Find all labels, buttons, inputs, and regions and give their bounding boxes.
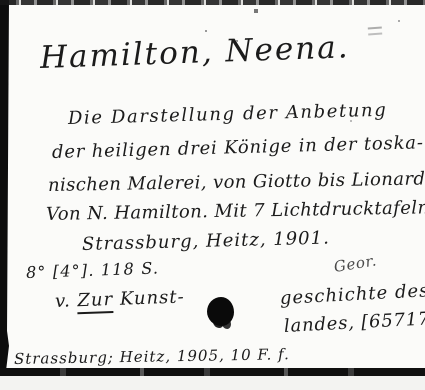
collation-line: 8° [4°]. 118 S. [26, 258, 160, 282]
hole-punch [207, 297, 234, 326]
title-line-1: Die Darstellung der Anbetung [68, 100, 388, 129]
series-reference: v. Zur Kunst- [55, 286, 185, 312]
series-underlined-word: Zur [77, 289, 114, 314]
scan-speckles [0, 0, 2, 2]
series-continuation-1: geschichte des Aus- [279, 278, 425, 309]
footer-annotation: Strassburg; Heitz, 1905, 10 F. f. [14, 345, 290, 368]
series-continuation-2: landes, [65717] J. H. 6. [283, 304, 425, 337]
imprint-line: Strassburg, Heitz, 1901. [82, 228, 330, 255]
author-heading: Hamilton, Neena. [39, 29, 350, 76]
title-line-4: Von N. Hamilton. Mit 7 Lichtdrucktafeln. [46, 197, 425, 225]
title-line-3: nischen Malerei, von Giotto bis Lionardo… [48, 168, 425, 196]
scanner-background [0, 376, 425, 390]
scan-bottom-edge [0, 368, 425, 376]
pencil-annotation: Geor. [333, 251, 378, 276]
scan-top-edge [0, 0, 425, 5]
series-prefix: v. [55, 290, 78, 312]
scanned-catalog-card: Hamilton, Neena. Die Darstellung der Anb… [0, 0, 425, 390]
card-face: Hamilton, Neena. Die Darstellung der Anb… [0, 0, 425, 374]
series-suffix: Kunst- [113, 286, 185, 309]
title-line-2: der heiligen drei Könige in der toska- [52, 132, 424, 163]
scan-smudge-mark [368, 27, 383, 36]
